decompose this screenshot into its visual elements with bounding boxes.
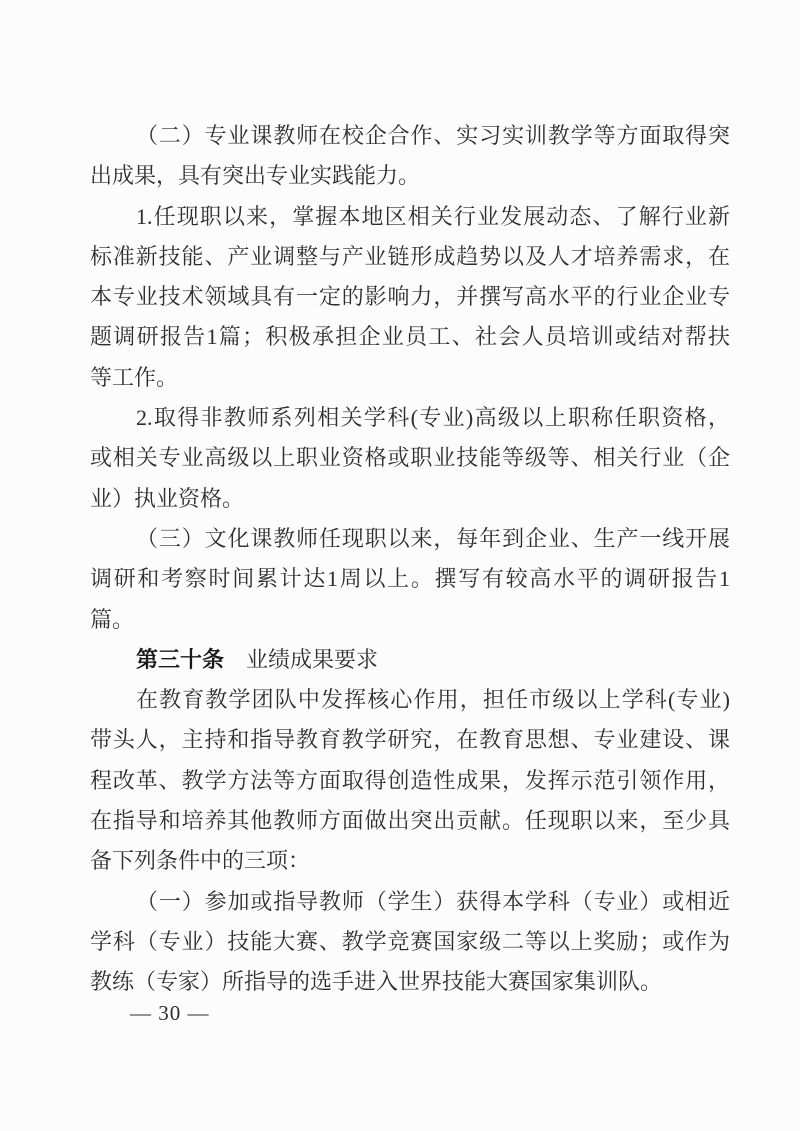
text-run: 学科（专业）技能大赛、教学竞赛国家级二等以上奖励；或作为 — [90, 929, 730, 954]
document-line: （一）参加或指导教师（学生）获得本学科（专业）或相近 — [90, 882, 730, 922]
text-run: 本专业技术领域具有一定的影响力，并撰写高水平的行业企业专 — [90, 284, 730, 309]
document-line: 教练（专家）所指导的选手进入世界技能大赛国家集训队。 — [90, 962, 730, 1002]
document-line: 调研和考察时间累计达1周以上。撰写有较高水平的调研报告1 — [90, 559, 730, 599]
text-run: 业）执业资格。 — [90, 486, 244, 511]
text-run: （一）参加或指导教师（学生）获得本学科（专业）或相近 — [136, 889, 730, 914]
document-line: 在教育教学团队中发挥核心作用，担任市级以上学科(专业) — [90, 680, 730, 720]
document-content: （二）专业课教师在校企合作、实习实训教学等方面取得突出成果，具有突出专业实践能力… — [90, 116, 730, 1003]
document-line: 第三十条 业绩成果要求 — [90, 640, 730, 680]
document-page: （二）专业课教师在校企合作、实习实训教学等方面取得突出成果，具有突出专业实践能力… — [0, 0, 800, 1131]
text-run: 在教育教学团队中发挥核心作用，担任市级以上学科(专业) — [136, 687, 730, 712]
document-line: 篇。 — [90, 600, 730, 640]
document-line: 程改革、教学方法等方面取得创造性成果，发挥示范引领作用， — [90, 761, 730, 801]
page-number: — 30 — — [130, 1001, 210, 1025]
text-run: （三）文化课教师任现职以来，每年到企业、生产一线开展 — [136, 526, 730, 551]
text-run: 业绩成果要求 — [224, 647, 378, 672]
text-run: 或相关专业高级以上职业资格或职业技能等级等、相关行业（企 — [90, 445, 730, 470]
document-line: 本专业技术领域具有一定的影响力，并撰写高水平的行业企业专 — [90, 277, 730, 317]
text-run: 备下列条件中的三项： — [90, 848, 310, 873]
text-run: 出成果，具有突出专业实践能力。 — [90, 163, 420, 188]
article-number-heading: 第三十条 — [136, 647, 224, 672]
document-line: 学科（专业）技能大赛、教学竞赛国家级二等以上奖励；或作为 — [90, 922, 730, 962]
text-run: 带头人，主持和指导教育教学研究，在教育思想、专业建设、课 — [90, 727, 730, 752]
text-run: 调研和考察时间累计达1周以上。撰写有较高水平的调研报告1 — [90, 566, 730, 591]
document-line: （三）文化课教师任现职以来，每年到企业、生产一线开展 — [90, 519, 730, 559]
document-line: 在指导和培养其他教师方面做出突出贡献。任现职以来，至少具 — [90, 801, 730, 841]
text-run: 程改革、教学方法等方面取得创造性成果，发挥示范引领作用， — [90, 768, 730, 793]
document-line: 等工作。 — [90, 358, 730, 398]
document-line: （二）专业课教师在校企合作、实习实训教学等方面取得突 — [90, 116, 730, 156]
text-run: 1.任现职以来，掌握本地区相关行业发展动态、了解行业新 — [136, 204, 730, 229]
document-line: 标准新技能、产业调整与产业链形成趋势以及人才培养需求，在 — [90, 237, 730, 277]
text-run: （二）专业课教师在校企合作、实习实训教学等方面取得突 — [136, 123, 730, 148]
text-run: 在指导和培养其他教师方面做出突出贡献。任现职以来，至少具 — [90, 808, 730, 833]
document-line: 1.任现职以来，掌握本地区相关行业发展动态、了解行业新 — [90, 197, 730, 237]
document-line: 2.取得非教师系列相关学科(专业)高级以上职称任职资格， — [90, 398, 730, 438]
text-run: 等工作。 — [90, 365, 178, 390]
document-line: 出成果，具有突出专业实践能力。 — [90, 156, 730, 196]
text-run: 2.取得非教师系列相关学科(专业)高级以上职称任职资格， — [136, 405, 730, 430]
text-run: 篇。 — [90, 607, 134, 632]
page-footer: — 30 — — [130, 1000, 210, 1026]
text-run: 题调研报告1篇；积极承担企业员工、社会人员培训或结对帮扶 — [90, 324, 730, 349]
document-line: 或相关专业高级以上职业资格或职业技能等级等、相关行业（企 — [90, 438, 730, 478]
document-line: 备下列条件中的三项： — [90, 841, 730, 881]
document-line: 业）执业资格。 — [90, 479, 730, 519]
text-run: 教练（专家）所指导的选手进入世界技能大赛国家集训队。 — [90, 969, 662, 994]
text-run: 标准新技能、产业调整与产业链形成趋势以及人才培养需求，在 — [90, 244, 730, 269]
document-line: 带头人，主持和指导教育教学研究，在教育思想、专业建设、课 — [90, 720, 730, 760]
document-line: 题调研报告1篇；积极承担企业员工、社会人员培训或结对帮扶 — [90, 317, 730, 357]
